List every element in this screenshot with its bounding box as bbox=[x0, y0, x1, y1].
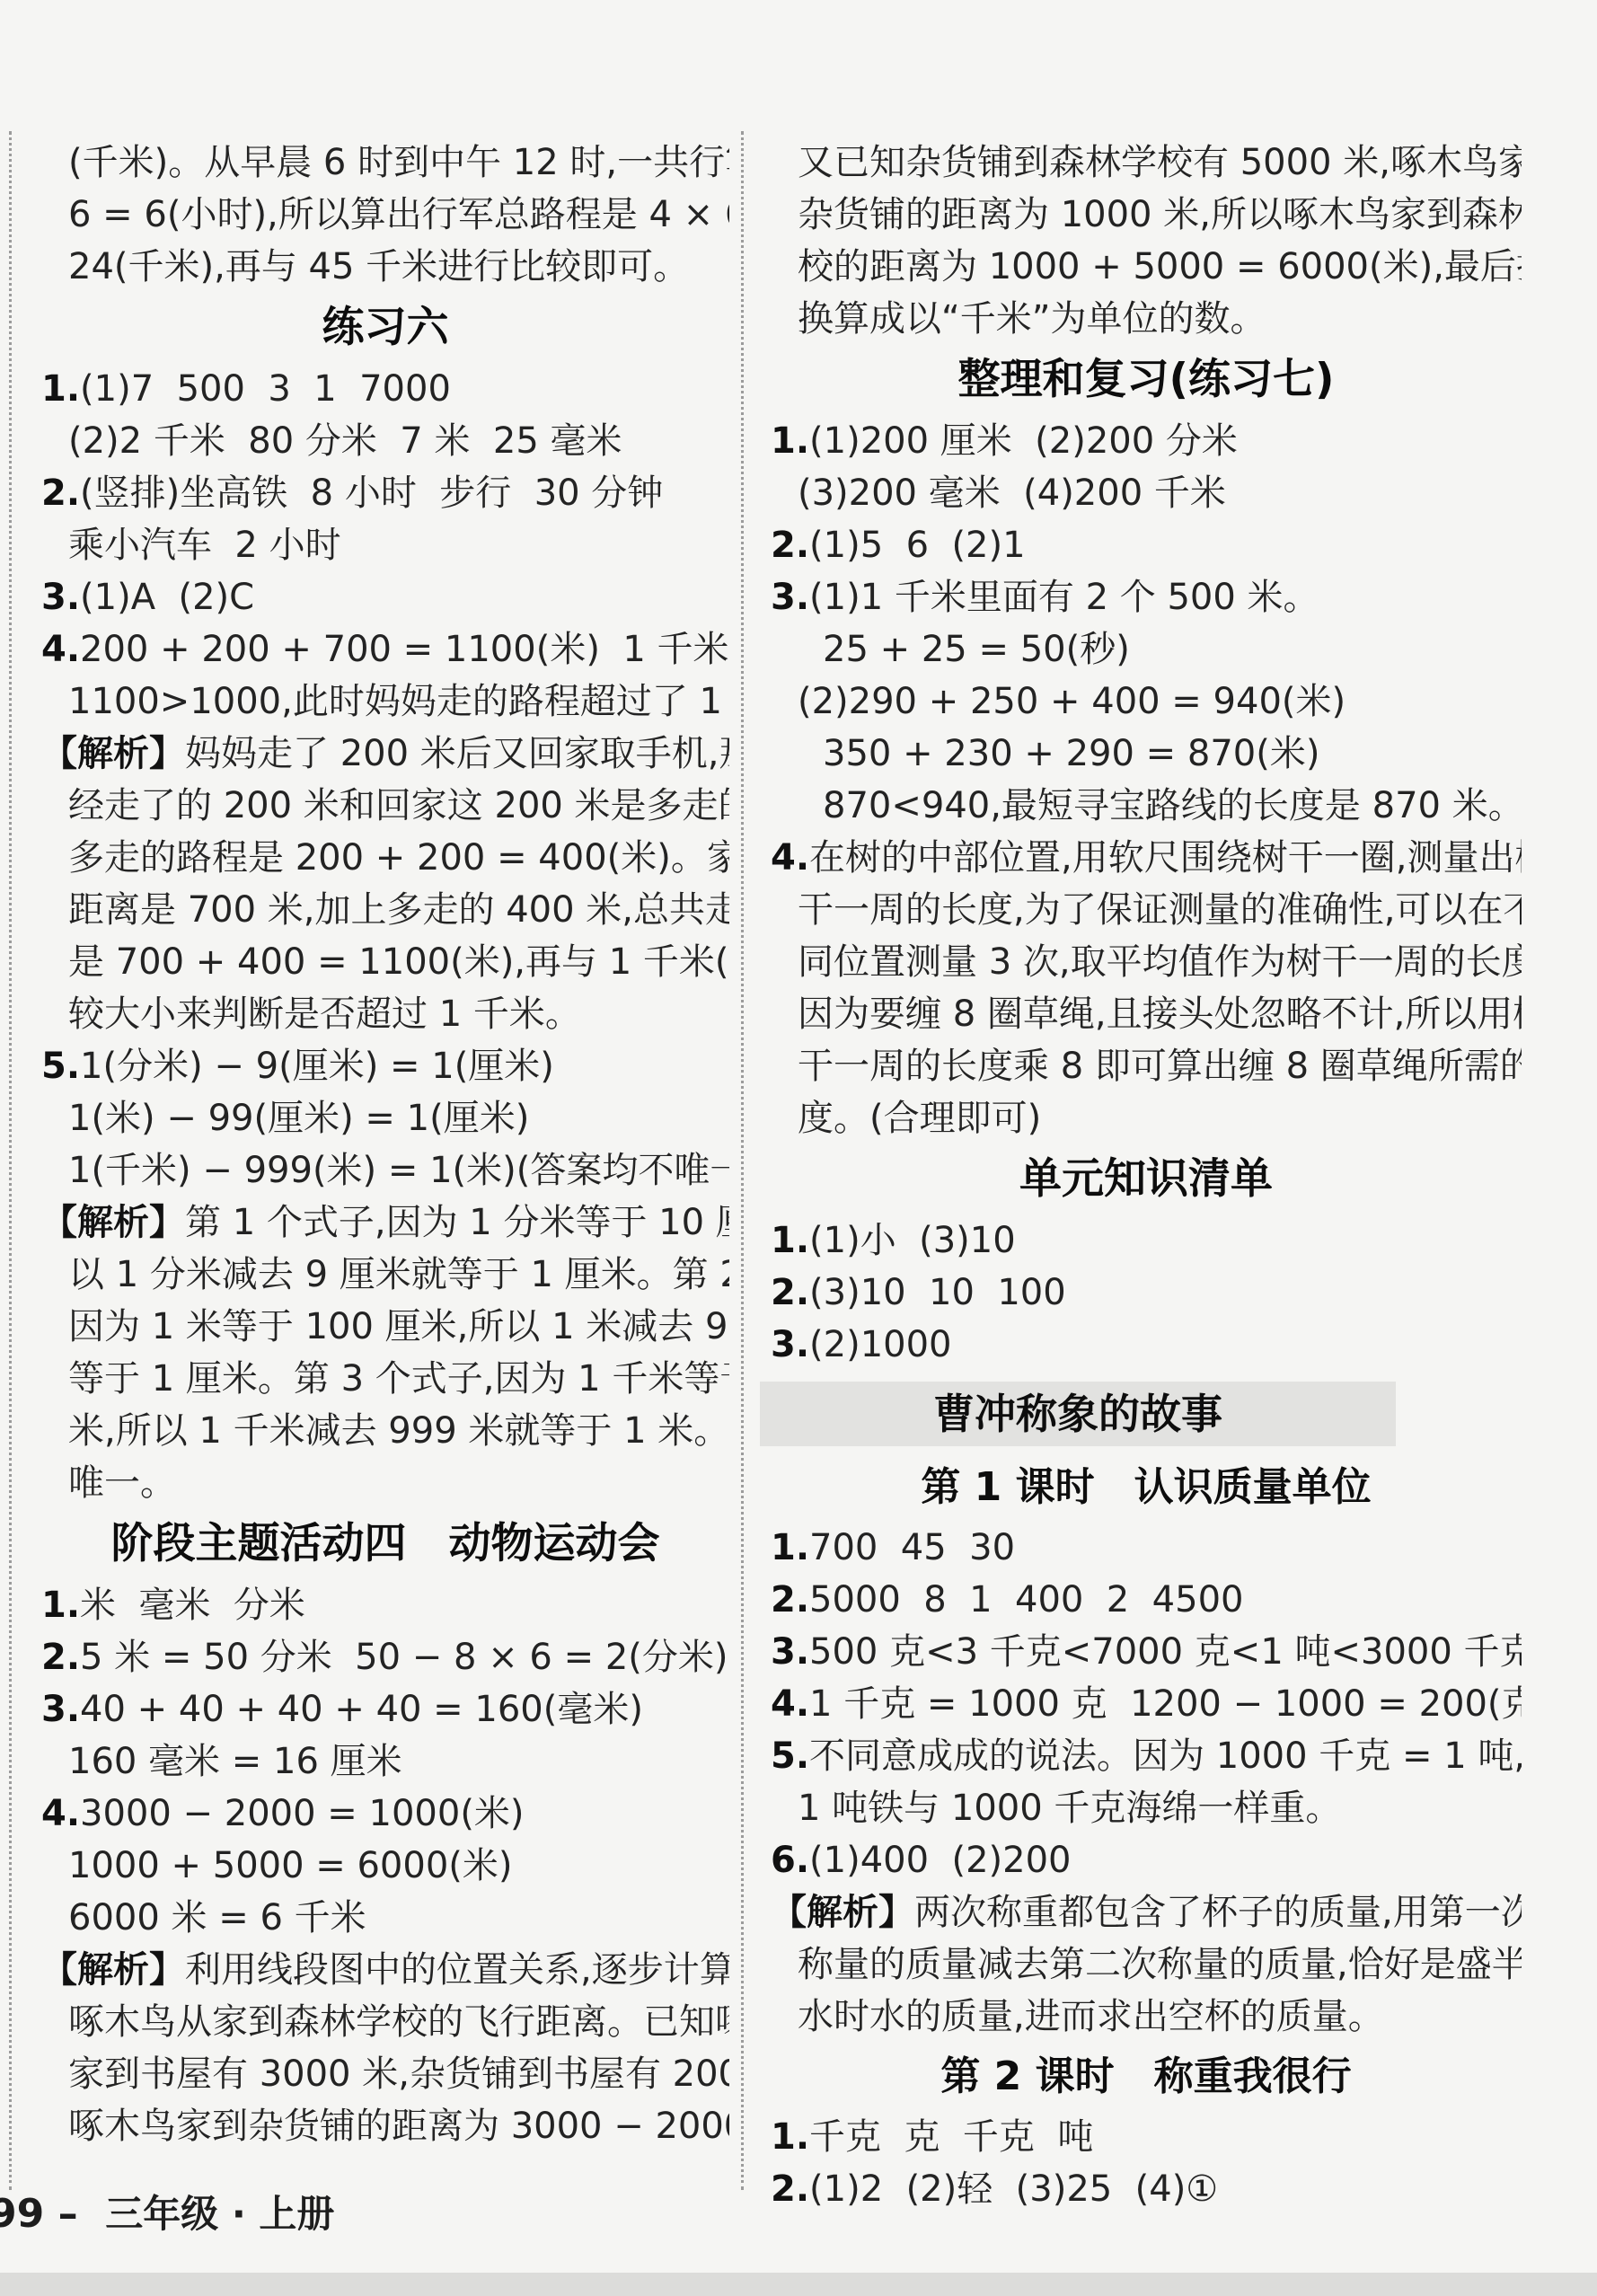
answer-text: 第 1 个式子,因为 1 分米等于 10 厘米,所 bbox=[185, 1202, 729, 1243]
answer-text: 700 45 30 bbox=[809, 1527, 1015, 1568]
answer-text: 整理和复习(练习七) bbox=[958, 355, 1335, 404]
section-banner-title: 曹冲称象的故事 bbox=[933, 1390, 1222, 1438]
answer-line: 啄木鸟家到杂货铺的距离为 3000 − 2000 = 1000(米)。 bbox=[41, 2100, 729, 2152]
section-banner: 曹冲称象的故事 bbox=[760, 1382, 1396, 1446]
answer-line: 6000 米 = 6 千米 bbox=[41, 1892, 729, 1944]
answer-text: 利用线段图中的位置关系,逐步计算求出 bbox=[185, 1949, 729, 1991]
answer-line: (千米)。从早晨 6 时到中午 12 时,一共行军 12 − bbox=[41, 137, 729, 189]
answer-text: 1100>1000,此时妈妈走的路程超过了 1 千米。 bbox=[68, 681, 729, 722]
answer-text: 第 2 课时 称重我很行 bbox=[940, 2053, 1351, 2099]
answer-line: 5.1(分米) − 9(厘米) = 1(厘米) bbox=[41, 1040, 729, 1092]
answer-text: 以 1 分米减去 9 厘米就等于 1 厘米。第 2 个式子, bbox=[68, 1254, 729, 1295]
answer-line: 多走的路程是 200 + 200 = 400(米)。家到超市的 bbox=[41, 832, 729, 884]
answer-line: 350 + 230 + 290 = 870(米) bbox=[771, 728, 1522, 780]
answer-text: 练习六 bbox=[322, 303, 449, 352]
answer-text: 160 毫米 = 16 厘米 bbox=[68, 1741, 402, 1782]
answer-text: (1)7 500 3 1 7000 bbox=[80, 368, 451, 410]
answer-line: 较大小来判断是否超过 1 千米。 bbox=[41, 988, 729, 1040]
answer-text: 第 1 课时 认识质量单位 bbox=[921, 1464, 1371, 1510]
item-number: 2. bbox=[41, 472, 80, 514]
item-number: 1. bbox=[771, 420, 809, 462]
book-label: 三年级 · 上册 bbox=[105, 2192, 334, 2236]
footer-dash: – bbox=[58, 2191, 78, 2237]
answer-line: 2.(竖排)坐高铁 8 小时 步行 30 分钟 bbox=[41, 467, 729, 519]
answer-line: 称量的质量减去第二次称量的质量,恰好是盛半杯 bbox=[771, 1938, 1522, 1991]
answer-text: 6000 米 = 6 千米 bbox=[68, 1897, 366, 1938]
answer-text: 因为要缠 8 圈草绳,且接头处忽略不计,所以用树 bbox=[798, 993, 1522, 1035]
answer-text: 杂货铺的距离为 1000 米,所以啄木鸟家到森林学 bbox=[798, 194, 1522, 235]
answer-text: 唯一。 bbox=[68, 1462, 176, 1504]
answer-text: 干一周的长度,为了保证测量的准确性,可以在不 bbox=[798, 889, 1522, 931]
answer-text: 较大小来判断是否超过 1 千米。 bbox=[68, 993, 581, 1035]
answer-line: 25 + 25 = 50(秒) bbox=[771, 623, 1522, 676]
item-number: 2. bbox=[41, 1637, 80, 1678]
answer-line: 等于 1 厘米。第 3 个式子,因为 1 千米等于 1000 bbox=[41, 1353, 729, 1405]
item-number: 5. bbox=[41, 1046, 80, 1087]
answer-line: (2)290 + 250 + 400 = 940(米) bbox=[771, 676, 1522, 728]
answer-line: 6.(1)400 (2)200 bbox=[771, 1834, 1522, 1886]
answer-line: 【解析】利用线段图中的位置关系,逐步计算求出 bbox=[41, 1944, 729, 1996]
answer-line: 1.(1)7 500 3 1 7000 bbox=[41, 363, 729, 415]
answer-text: (1)200 厘米 (2)200 分米 bbox=[809, 420, 1238, 462]
item-number: 3. bbox=[771, 577, 809, 618]
answer-line: 经走了的 200 米和回家这 200 米是多走的,所以 bbox=[41, 780, 729, 832]
answer-line: 因为 1 米等于 100 厘米,所以 1 米减去 99 厘米就 bbox=[41, 1301, 729, 1353]
answer-line: 6 = 6(小时),所以算出行军总路程是 4 × 6 = bbox=[41, 189, 729, 241]
answer-line: 3.500 克<3 千克<7000 克<1 吨<3000 千克 bbox=[771, 1626, 1522, 1678]
answer-text: 距离是 700 米,加上多走的 400 米,总共走的路程 bbox=[68, 889, 729, 931]
answer-text: (1)1 千米里面有 2 个 500 米。 bbox=[809, 577, 1319, 618]
answer-text: 在树的中部位置,用软尺围绕树干一圈,测量出树 bbox=[809, 837, 1522, 879]
answer-text: 又已知杂货铺到森林学校有 5000 米,啄木鸟家到 bbox=[798, 142, 1522, 183]
item-number: 2. bbox=[771, 525, 809, 566]
answer-text: 870<940,最短寻宝路线的长度是 870 米。 bbox=[823, 785, 1522, 826]
answer-line: 1 吨铁与 1000 千克海绵一样重。 bbox=[771, 1782, 1522, 1834]
answer-line: 1(千米) − 999(米) = 1(米)(答案均不唯一) bbox=[41, 1144, 729, 1197]
answer-line: 1.(1)200 厘米 (2)200 分米 bbox=[771, 415, 1522, 467]
answer-line: 干一周的长度乘 8 即可算出缠 8 圈草绳所需的长 bbox=[771, 1040, 1522, 1092]
answer-text: 米 毫米 分米 bbox=[80, 1585, 305, 1626]
answer-text: (竖排)坐高铁 8 小时 步行 30 分钟 bbox=[80, 472, 663, 514]
answer-text: (3)10 10 100 bbox=[809, 1272, 1066, 1313]
answer-text: 1(千米) − 999(米) = 1(米)(答案均不唯一) bbox=[68, 1150, 729, 1191]
answer-text: 1 吨铁与 1000 千克海绵一样重。 bbox=[798, 1788, 1341, 1829]
answer-text: 3000 − 2000 = 1000(米) bbox=[80, 1793, 525, 1834]
answer-text: 5000 8 1 400 2 4500 bbox=[809, 1579, 1243, 1620]
answer-text: 5 米 = 50 分米 50 − 8 × 6 = 2(分米) bbox=[80, 1637, 728, 1678]
item-number: 5. bbox=[771, 1735, 809, 1777]
item-number: 2. bbox=[771, 1272, 809, 1313]
answer-text: 单元知识清单 bbox=[1019, 1154, 1273, 1204]
answer-line: 2.(1)2 (2)轻 (3)25 (4)① bbox=[771, 2163, 1522, 2215]
answer-line: 校的距离为 1000 + 5000 = 6000(米),最后把结果 bbox=[771, 241, 1522, 293]
answer-line: 杂货铺的距离为 1000 米,所以啄木鸟家到森林学 bbox=[771, 189, 1522, 241]
answer-line: (2)2 千米 80 分米 7 米 25 毫米 bbox=[41, 415, 729, 467]
item-number: 6. bbox=[771, 1840, 809, 1881]
item-number: 4. bbox=[41, 1793, 80, 1834]
answer-text: (2)290 + 250 + 400 = 940(米) bbox=[798, 681, 1346, 722]
answer-text: (1)400 (2)200 bbox=[809, 1840, 1071, 1881]
answer-text: 家到书屋有 3000 米,杂货铺到书屋有 2000 米,所以 bbox=[68, 2053, 729, 2095]
left-answer-column: (千米)。从早晨 6 时到中午 12 时,一共行军 12 −6 = 6(小时),… bbox=[41, 137, 729, 2152]
answer-line: 3.40 + 40 + 40 + 40 = 160(毫米) bbox=[41, 1683, 729, 1735]
column-divider-dotted-rule bbox=[741, 131, 744, 2190]
item-number: 4. bbox=[771, 1683, 809, 1725]
page-number: 99 bbox=[0, 2191, 44, 2237]
answer-line: 160 毫米 = 16 厘米 bbox=[41, 1735, 729, 1788]
answer-text: 乘小汽车 2 小时 bbox=[68, 525, 341, 566]
answer-line: 2.(1)5 6 (2)1 bbox=[771, 519, 1522, 571]
answer-line: 4.1 千克 = 1000 克 1200 − 1000 = 200(克) bbox=[771, 1678, 1522, 1730]
answer-text: 1 千克 = 1000 克 1200 − 1000 = 200(克) bbox=[809, 1683, 1522, 1725]
answer-line: 【解析】妈妈走了 200 米后又回家取手机,那么已 bbox=[41, 728, 729, 780]
answer-text: 两次称重都包含了杯子的质量,用第一次 bbox=[914, 1892, 1522, 1933]
answer-text: 同位置测量 3 次,取平均值作为树干一周的长度。 bbox=[798, 941, 1522, 983]
answer-line: 2.(3)10 10 100 bbox=[771, 1267, 1522, 1319]
answer-text: (2)1000 bbox=[809, 1324, 951, 1365]
answer-text: (千米)。从早晨 6 时到中午 12 时,一共行军 12 − bbox=[68, 142, 729, 183]
answer-text: 经走了的 200 米和回家这 200 米是多走的,所以 bbox=[68, 785, 729, 826]
answer-text: 千克 克 千克 吨 bbox=[809, 2116, 1093, 2158]
lesson-heading: 第 1 课时 认识质量单位 bbox=[771, 1453, 1522, 1522]
item-number: 1. bbox=[41, 1585, 80, 1626]
workbook-answer-page: (千米)。从早晨 6 时到中午 12 时,一共行军 12 −6 = 6(小时),… bbox=[0, 0, 1597, 2296]
answer-line: 以 1 分米减去 9 厘米就等于 1 厘米。第 2 个式子, bbox=[41, 1249, 729, 1301]
page-footer: 99 – 三年级 · 上册 bbox=[0, 2185, 334, 2239]
item-number: 1. bbox=[41, 368, 80, 410]
item-number: 3. bbox=[41, 577, 80, 618]
answer-line: 870<940,最短寻宝路线的长度是 870 米。 bbox=[771, 780, 1522, 832]
answer-line: 【解析】第 1 个式子,因为 1 分米等于 10 厘米,所 bbox=[41, 1197, 729, 1249]
answer-line: 距离是 700 米,加上多走的 400 米,总共走的路程 bbox=[41, 884, 729, 936]
answer-line: 4.200 + 200 + 700 = 1100(米) 1 千米 = 1000 … bbox=[41, 623, 729, 676]
left-dotted-rule bbox=[9, 131, 12, 2190]
answer-text: (1)2 (2)轻 (3)25 (4)① bbox=[809, 2168, 1218, 2210]
item-number: 4. bbox=[41, 629, 80, 670]
answer-text: 500 克<3 千克<7000 克<1 吨<3000 千克 bbox=[809, 1631, 1522, 1673]
answer-text: 度。(合理即可) bbox=[798, 1098, 1041, 1139]
answer-text: (1)A (2)C bbox=[80, 577, 254, 618]
answer-line: 2.5 米 = 50 分米 50 − 8 × 6 = 2(分米) bbox=[41, 1631, 729, 1683]
section-heading: 阶段主题活动四 动物运动会 bbox=[41, 1509, 729, 1579]
answer-line: 24(千米),再与 45 千米进行比较即可。 bbox=[41, 241, 729, 293]
answer-text: 换算成以“千米”为单位的数。 bbox=[798, 298, 1266, 340]
answer-line: 换算成以“千米”为单位的数。 bbox=[771, 293, 1522, 345]
answer-text: 是 700 + 400 = 1100(米),再与 1 千米(1000 米)比 bbox=[68, 941, 729, 983]
answer-line: 1100>1000,此时妈妈走的路程超过了 1 千米。 bbox=[41, 676, 729, 728]
analysis-label: 【解析】 bbox=[41, 1202, 185, 1243]
answer-text: 40 + 40 + 40 + 40 = 160(毫米) bbox=[80, 1689, 643, 1730]
answer-line: 啄木鸟从家到森林学校的飞行距离。已知啄木鸟 bbox=[41, 1996, 729, 2048]
answer-text: 水时水的质量,进而求出空杯的质量。 bbox=[798, 1996, 1384, 2037]
answer-line: 又已知杂货铺到森林学校有 5000 米,啄木鸟家到 bbox=[771, 137, 1522, 189]
answer-line: 【解析】两次称重都包含了杯子的质量,用第一次 bbox=[771, 1886, 1522, 1938]
answer-line: 乘小汽车 2 小时 bbox=[41, 519, 729, 571]
answer-line: 5.不同意成成的说法。因为 1000 千克 = 1 吨,所以 bbox=[771, 1730, 1522, 1782]
lesson-heading: 第 2 课时 称重我很行 bbox=[771, 2043, 1522, 2111]
answer-text: 啄木鸟从家到森林学校的飞行距离。已知啄木鸟 bbox=[68, 2001, 729, 2043]
section-heading: 单元知识清单 bbox=[771, 1144, 1522, 1214]
answer-text: 6 = 6(小时),所以算出行军总路程是 4 × 6 = bbox=[68, 194, 729, 235]
answer-text: 1(分米) − 9(厘米) = 1(厘米) bbox=[80, 1046, 554, 1087]
answer-line: 1000 + 5000 = 6000(米) bbox=[41, 1840, 729, 1892]
item-number: 3. bbox=[41, 1689, 80, 1730]
analysis-label: 【解析】 bbox=[771, 1892, 914, 1933]
answer-text: (3)200 毫米 (4)200 千米 bbox=[798, 472, 1226, 514]
answer-line: 干一周的长度,为了保证测量的准确性,可以在不 bbox=[771, 884, 1522, 936]
answer-line: 家到书屋有 3000 米,杂货铺到书屋有 2000 米,所以 bbox=[41, 2048, 729, 2100]
right-answer-column: 又已知杂货铺到森林学校有 5000 米,啄木鸟家到杂货铺的距离为 1000 米,… bbox=[771, 137, 1522, 2215]
answer-line: (3)200 毫米 (4)200 千米 bbox=[771, 467, 1522, 519]
answer-text: 不同意成成的说法。因为 1000 千克 = 1 吨,所以 bbox=[809, 1735, 1522, 1777]
answer-text: 350 + 230 + 290 = 870(米) bbox=[823, 733, 1319, 774]
answer-text: 啄木鸟家到杂货铺的距离为 3000 − 2000 = 1000(米)。 bbox=[68, 2106, 729, 2147]
section-heading: 练习六 bbox=[41, 293, 729, 363]
answer-line: 3.(1)1 千米里面有 2 个 500 米。 bbox=[771, 571, 1522, 623]
item-number: 2. bbox=[771, 1579, 809, 1620]
answer-text: 米,所以 1 千米减去 999 米就等于 1 米。答案均不 bbox=[68, 1410, 729, 1452]
answer-line: 1.千克 克 千克 吨 bbox=[771, 2111, 1522, 2163]
answer-text: 阶段主题活动四 动物运动会 bbox=[111, 1519, 660, 1568]
answer-text: (1)小 (3)10 bbox=[809, 1220, 1016, 1261]
answer-line: 2.5000 8 1 400 2 4500 bbox=[771, 1574, 1522, 1626]
answer-text: (1)5 6 (2)1 bbox=[809, 525, 1026, 566]
answer-line: 1(米) − 99(厘米) = 1(厘米) bbox=[41, 1092, 729, 1144]
item-number: 1. bbox=[771, 1220, 809, 1261]
answer-line: 1.(1)小 (3)10 bbox=[771, 1214, 1522, 1267]
answer-line: 1.米 毫米 分米 bbox=[41, 1579, 729, 1631]
item-number: 1. bbox=[771, 2116, 809, 2158]
answer-text: 干一周的长度乘 8 即可算出缠 8 圈草绳所需的长 bbox=[798, 1046, 1522, 1087]
item-number: 4. bbox=[771, 837, 809, 879]
answer-text: 多走的路程是 200 + 200 = 400(米)。家到超市的 bbox=[68, 837, 729, 879]
answer-line: 同位置测量 3 次,取平均值作为树干一周的长度。 bbox=[771, 936, 1522, 988]
answer-text: 称量的质量减去第二次称量的质量,恰好是盛半杯 bbox=[798, 1944, 1522, 1985]
answer-text: 妈妈走了 200 米后又回家取手机,那么已 bbox=[185, 733, 729, 774]
answer-line: 水时水的质量,进而求出空杯的质量。 bbox=[771, 1991, 1522, 2043]
page-bottom-edge-shadow bbox=[0, 2273, 1597, 2296]
item-number: 2. bbox=[771, 2168, 809, 2210]
answer-line: 3.(1)A (2)C bbox=[41, 571, 729, 623]
answer-line: 4.在树的中部位置,用软尺围绕树干一圈,测量出树 bbox=[771, 832, 1522, 884]
answer-line: 米,所以 1 千米减去 999 米就等于 1 米。答案均不 bbox=[41, 1405, 729, 1457]
item-number: 3. bbox=[771, 1324, 809, 1365]
answer-text: 校的距离为 1000 + 5000 = 6000(米),最后把结果 bbox=[798, 246, 1522, 287]
answer-text: (2)2 千米 80 分米 7 米 25 毫米 bbox=[68, 420, 622, 462]
section-heading: 整理和复习(练习七) bbox=[771, 345, 1522, 415]
answer-line: 3.(2)1000 bbox=[771, 1319, 1522, 1371]
item-number: 1. bbox=[771, 1527, 809, 1568]
answer-line: 唯一。 bbox=[41, 1457, 729, 1509]
analysis-label: 【解析】 bbox=[41, 1949, 185, 1991]
answer-text: 25 + 25 = 50(秒) bbox=[823, 629, 1130, 670]
answer-line: 是 700 + 400 = 1100(米),再与 1 千米(1000 米)比 bbox=[41, 936, 729, 988]
answer-text: 200 + 200 + 700 = 1100(米) 1 千米 = 1000 米 bbox=[80, 629, 729, 670]
answer-text: 1(米) − 99(厘米) = 1(厘米) bbox=[68, 1098, 529, 1139]
answer-line: 因为要缠 8 圈草绳,且接头处忽略不计,所以用树 bbox=[771, 988, 1522, 1040]
answer-line: 1.700 45 30 bbox=[771, 1522, 1522, 1574]
analysis-label: 【解析】 bbox=[41, 733, 185, 774]
answer-line: 4.3000 − 2000 = 1000(米) bbox=[41, 1788, 729, 1840]
item-number: 3. bbox=[771, 1631, 809, 1673]
answer-text: 因为 1 米等于 100 厘米,所以 1 米减去 99 厘米就 bbox=[68, 1306, 729, 1347]
answer-text: 等于 1 厘米。第 3 个式子,因为 1 千米等于 1000 bbox=[68, 1358, 729, 1400]
answer-text: 1000 + 5000 = 6000(米) bbox=[68, 1845, 513, 1886]
answer-line: 度。(合理即可) bbox=[771, 1092, 1522, 1144]
answer-text: 24(千米),再与 45 千米进行比较即可。 bbox=[68, 246, 689, 287]
